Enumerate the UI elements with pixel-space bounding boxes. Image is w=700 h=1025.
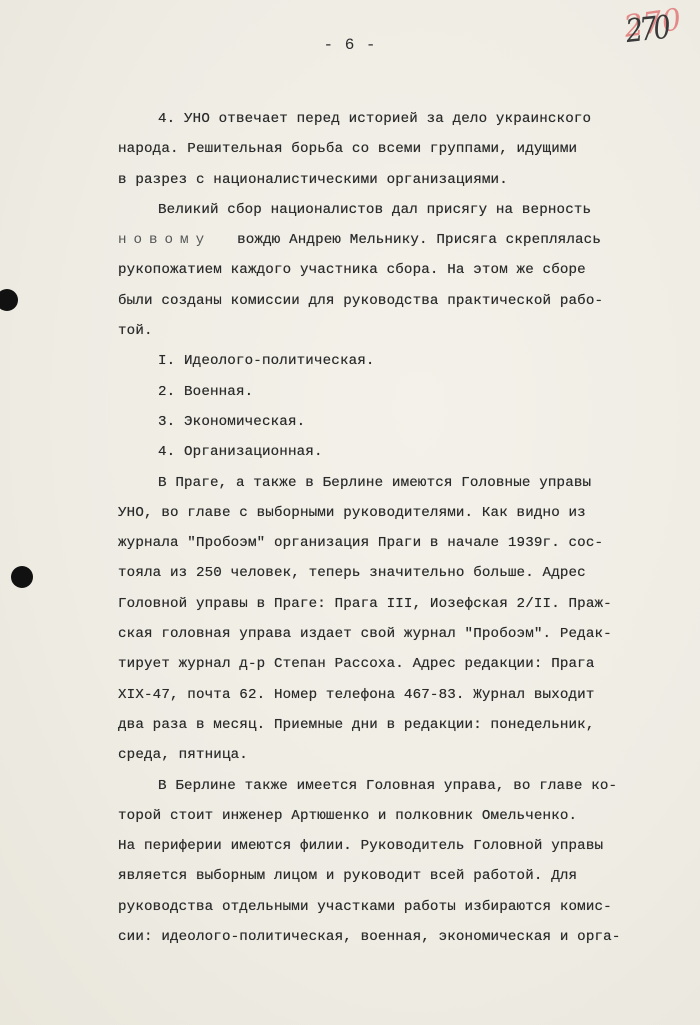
text-line: народа. Решительная борьба со всеми груп… xyxy=(118,134,688,164)
line-text: рукопожатием каждого участника сбора. На… xyxy=(118,262,586,278)
text-line: XIX-47, почта 62. Номер телефона 467-83.… xyxy=(118,680,688,710)
punch-hole xyxy=(0,289,18,311)
line-text: той. xyxy=(118,323,153,339)
text-line: торой стоит инженер Артюшенко и полковни… xyxy=(118,801,688,831)
line-text: 4. УНО отвечает перед историей за дело у… xyxy=(158,111,591,127)
line-text: тирует журнал д-р Степан Рассоха. Адрес … xyxy=(118,656,595,672)
document-body: 4. УНО отвечает перед историей за дело у… xyxy=(118,104,688,952)
text-line: рукопожатием каждого участника сбора. На… xyxy=(118,255,688,285)
page-number: - 6 - xyxy=(0,36,700,54)
line-text: является выборным лицом и руководит всей… xyxy=(118,868,577,884)
text-line: В Берлине также имеется Головная управа,… xyxy=(118,771,688,801)
line-text: среда, пятница. xyxy=(118,747,248,763)
text-line: журнала "Пробоэм" организация Праги в на… xyxy=(118,528,688,558)
text-line: той. xyxy=(118,316,688,346)
line-text: в разрез с националистическими организац… xyxy=(118,172,508,188)
text-line: Великий сбор националистов дал присягу н… xyxy=(118,195,688,225)
page-number-text: - 6 - xyxy=(323,36,376,54)
text-line: является выборным лицом и руководит всей… xyxy=(118,861,688,891)
text-line: Головной управы в Праге: Прага III, Иозе… xyxy=(118,589,688,619)
text-line: два раза в месяц. Приемные дни в редакци… xyxy=(118,710,688,740)
line-text: Головной управы в Праге: Прага III, Иозе… xyxy=(118,596,612,612)
line-text: журнала "Пробоэм" организация Праги в на… xyxy=(118,535,603,551)
text-line: новому вождю Андрею Мельнику. Присяга ск… xyxy=(118,225,688,255)
text-line: 4. Организационная. xyxy=(118,437,688,467)
text-line: ская головная управа издает свой журнал … xyxy=(118,619,688,649)
text-line: I. Идеолого-политическая. xyxy=(118,346,688,376)
punch-hole xyxy=(11,566,33,588)
line-text: УНО, во главе с выборными руководителями… xyxy=(118,505,586,521)
text-line: тояла из 250 человек, теперь значительно… xyxy=(118,558,688,588)
text-line: в разрез с националистическими организац… xyxy=(118,165,688,195)
line-text: народа. Решительная борьба со всеми груп… xyxy=(118,141,577,157)
line-text: Великий сбор националистов дал присягу н… xyxy=(158,202,591,218)
line-text: руководства отдельными участками работы … xyxy=(118,899,612,915)
line-text: В Берлине также имеется Головная управа,… xyxy=(158,778,617,794)
text-line: В Праге, а также в Берлине имеются Голов… xyxy=(118,468,688,498)
line-text: На периферии имеются филии. Руководитель… xyxy=(118,838,603,854)
text-line: сии: идеолого-политическая, военная, эко… xyxy=(118,922,688,952)
text-line: 3. Экономическая. xyxy=(118,407,688,437)
line-text: торой стоит инженер Артюшенко и полковни… xyxy=(118,808,577,824)
text-line: На периферии имеются филии. Руководитель… xyxy=(118,831,688,861)
line-text: ская головная управа издает свой журнал … xyxy=(118,626,612,642)
line-text: 2. Военная. xyxy=(158,384,253,400)
text-line: 2. Военная. xyxy=(118,377,688,407)
line-text: В Праге, а также в Берлине имеются Голов… xyxy=(158,475,591,491)
line-text: вождю Андрею Мельнику. Присяга скрепляла… xyxy=(237,232,601,248)
line-text: два раза в месяц. Приемные дни в редакци… xyxy=(118,717,595,733)
line-text: I. Идеолого-политическая. xyxy=(158,353,375,369)
line-text: XIX-47, почта 62. Номер телефона 467-83.… xyxy=(118,687,595,703)
line-text: были созданы комиссии для руководства пр… xyxy=(118,293,603,309)
text-line: тирует журнал д-р Степан Рассоха. Адрес … xyxy=(118,649,688,679)
line-text: тояла из 250 человек, теперь значительно… xyxy=(118,565,586,581)
text-line: руководства отдельными участками работы … xyxy=(118,892,688,922)
line-text: сии: идеолого-политическая, военная, эко… xyxy=(118,929,621,945)
text-line: были созданы комиссии для руководства пр… xyxy=(118,286,688,316)
text-line: 4. УНО отвечает перед историей за дело у… xyxy=(118,104,688,134)
spaced-word: новому xyxy=(118,232,211,248)
line-text: 3. Экономическая. xyxy=(158,414,305,430)
text-line: среда, пятница. xyxy=(118,740,688,770)
document-page: 270 270 - 6 - 4. УНО отвечает перед исто… xyxy=(0,0,700,1025)
line-text: 4. Организационная. xyxy=(158,444,323,460)
text-line: УНО, во главе с выборными руководителями… xyxy=(118,498,688,528)
